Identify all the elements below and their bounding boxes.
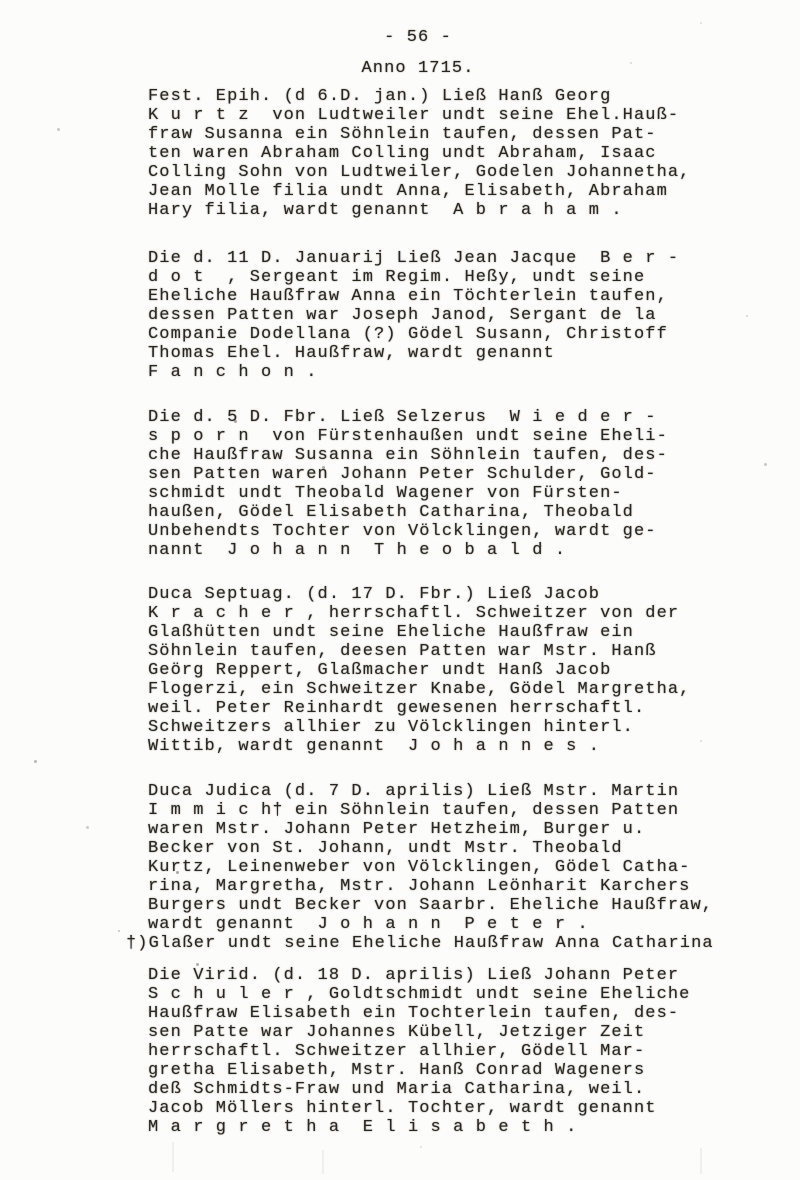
text-line: haußen, Gödel Elisabeth Catharina, Theob… (148, 503, 748, 522)
text-line: Glaßhütten undt seine Eheliche Haußfraw … (148, 623, 748, 642)
text-line: nannt J o h a n n T h e o b a l d . (148, 541, 748, 560)
text-line: Haußfraw Elisabeth ein Tochterlein taufe… (148, 1004, 748, 1023)
text-line: Flogerzi, ein Schweitzer Knabe, Gödel Ma… (148, 680, 748, 699)
text-line: Die d. 11 D. Januarij Ließ Jean Jacque B… (148, 249, 748, 268)
scan-streak (172, 1142, 174, 1172)
text-line: Unbehendts Tochter von Völcklingen, ward… (148, 522, 748, 541)
text-line: s p o r n von Fürstenhaußen undt seine E… (148, 427, 748, 446)
text-line: wardt genannt J o h a n n P e t e r . (148, 915, 748, 934)
text-line: †)Glaßer undt seine Eheliche Haußfraw An… (126, 934, 748, 953)
text-line: Die d. 5 D. Fbr. Ließ Selzerus W i e d e… (148, 408, 748, 427)
scan-speck (118, 930, 120, 932)
text-line: Colling Sohn von Ludtweiler, Godelen Joh… (148, 163, 748, 182)
record-paragraph: Die d. 11 D. Januarij Ließ Jean Jacque B… (148, 249, 748, 382)
text-line: S c h u l e r , Goldtschmidt undt seine … (148, 985, 748, 1004)
page-heading: Anno 1715. (148, 59, 688, 78)
text-line: herrschaftl. Schweitzer allhier, Gödell … (148, 1042, 748, 1061)
scan-speck (420, 1146, 422, 1148)
record-paragraph: Die Virid. (d. 18 D. aprilis) Ließ Johan… (148, 966, 748, 1137)
text-line: Geörg Reppert, Glaßmacher undt Hanß Jaco… (148, 661, 748, 680)
text-line: sen Patten waren Johann Peter Schulder, … (148, 465, 748, 484)
text-line: Schweitzers allhier zu Völcklingen hinte… (148, 718, 748, 737)
text-line: Jacob Möllers hinterl. Tochter, wardt ge… (148, 1099, 748, 1118)
text-line: schmidt undt Theobald Wagener von Fürste… (148, 484, 748, 503)
text-line: Burgers undt Becker von Saarbr. Eheliche… (148, 896, 748, 915)
document-page: - 56 - Anno 1715. Fest. Epih. (d 6.D. ja… (0, 0, 800, 1180)
text-line: I m m i c h† ein Söhnlein taufen, dessen… (148, 801, 748, 820)
record-paragraph: Duca Judica (d. 7 D. aprilis) Ließ Mstr.… (148, 782, 748, 953)
text-line: dessen Patten war Joseph Janod, Sergant … (148, 306, 748, 325)
baptism-records: Fest. Epih. (d 6.D. jan.) Ließ Hanß Geor… (148, 87, 748, 1137)
scan-speck (57, 128, 60, 131)
record-paragraph: Duca Septuag. (d. 17 D. Fbr.) Ließ Jacob… (148, 585, 748, 756)
text-line: sen Patte war Johannes Kübell, Jetziger … (148, 1023, 748, 1042)
text-line: Hary filia, wardt genannt A b r a h a m … (148, 201, 748, 220)
text-line: K r a c h e r , herrschaftl. Schweitzer … (148, 604, 748, 623)
record-paragraph: Fest. Epih. (d 6.D. jan.) Ließ Hanß Geor… (148, 87, 748, 220)
text-line: gretha Elisabeth, Mstr. Hanß Conrad Wage… (148, 1061, 748, 1080)
scan-streak (700, 1148, 702, 1174)
text-line: Companie Dodellana (?) Gödel Susann, Chr… (148, 325, 748, 344)
text-line: Jean Molle filia undt Anna, Elisabeth, A… (148, 182, 748, 201)
text-line: fraw Susanna ein Söhnlein taufen, dessen… (148, 125, 748, 144)
scan-streak (322, 1150, 324, 1174)
text-line: F a n c h o n . (148, 363, 748, 382)
text-line: Thomas Ehel. Haußfraw, wardt genannt (148, 344, 748, 363)
text-line: Wittib, wardt genannt J o h a n n e s . (148, 737, 748, 756)
text-line: Fest. Epih. (d 6.D. jan.) Ließ Hanß Geor… (148, 87, 748, 106)
text-line: Duca Judica (d. 7 D. aprilis) Ließ Mstr.… (148, 782, 748, 801)
scan-speck (764, 463, 767, 466)
text-line: waren Mstr. Johann Peter Hetzheim, Burge… (148, 820, 748, 839)
text-line: M a r g r e t h a E l i s a b e t h . (148, 1118, 748, 1137)
scan-speck (700, 22, 702, 24)
text-line: Becker von St. Johann, undt Mstr. Theoba… (148, 839, 748, 858)
page-number: - 56 - (148, 28, 688, 47)
scan-speck (86, 826, 89, 829)
record-paragraph: Die d. 5 D. Fbr. Ließ Selzerus W i e d e… (148, 408, 748, 560)
text-line: d o t , Sergeant im Regim. Heßy, undt se… (148, 268, 748, 287)
text-line: Duca Septuag. (d. 17 D. Fbr.) Ließ Jacob (148, 585, 748, 604)
text-line: Kurtz, Leinenweber von Völcklingen, Göde… (148, 858, 748, 877)
text-line: rina, Margretha, Mstr. Johann Leönharit … (148, 877, 748, 896)
text-line: Eheliche Haußfraw Anna ein Töchterlein t… (148, 287, 748, 306)
page-content: - 56 - Anno 1715. Fest. Epih. (d 6.D. ja… (148, 28, 748, 1137)
text-line: ten waren Abraham Colling undt Abraham, … (148, 144, 748, 163)
scan-speck (34, 760, 37, 763)
text-line: Die Virid. (d. 18 D. aprilis) Ließ Johan… (148, 966, 748, 985)
text-line: deß Schmidts-Fraw und Maria Catharina, w… (148, 1080, 748, 1099)
text-line: K u r t z von Ludtweiler undt seine Ehel… (148, 106, 748, 125)
text-line: che Haußfraw Susanna ein Söhnlein taufen… (148, 446, 748, 465)
text-line: Söhnlein taufen, deesen Patten war Mstr.… (148, 642, 748, 661)
text-line: weil. Peter Reinhardt gewesenen herrscha… (148, 699, 748, 718)
